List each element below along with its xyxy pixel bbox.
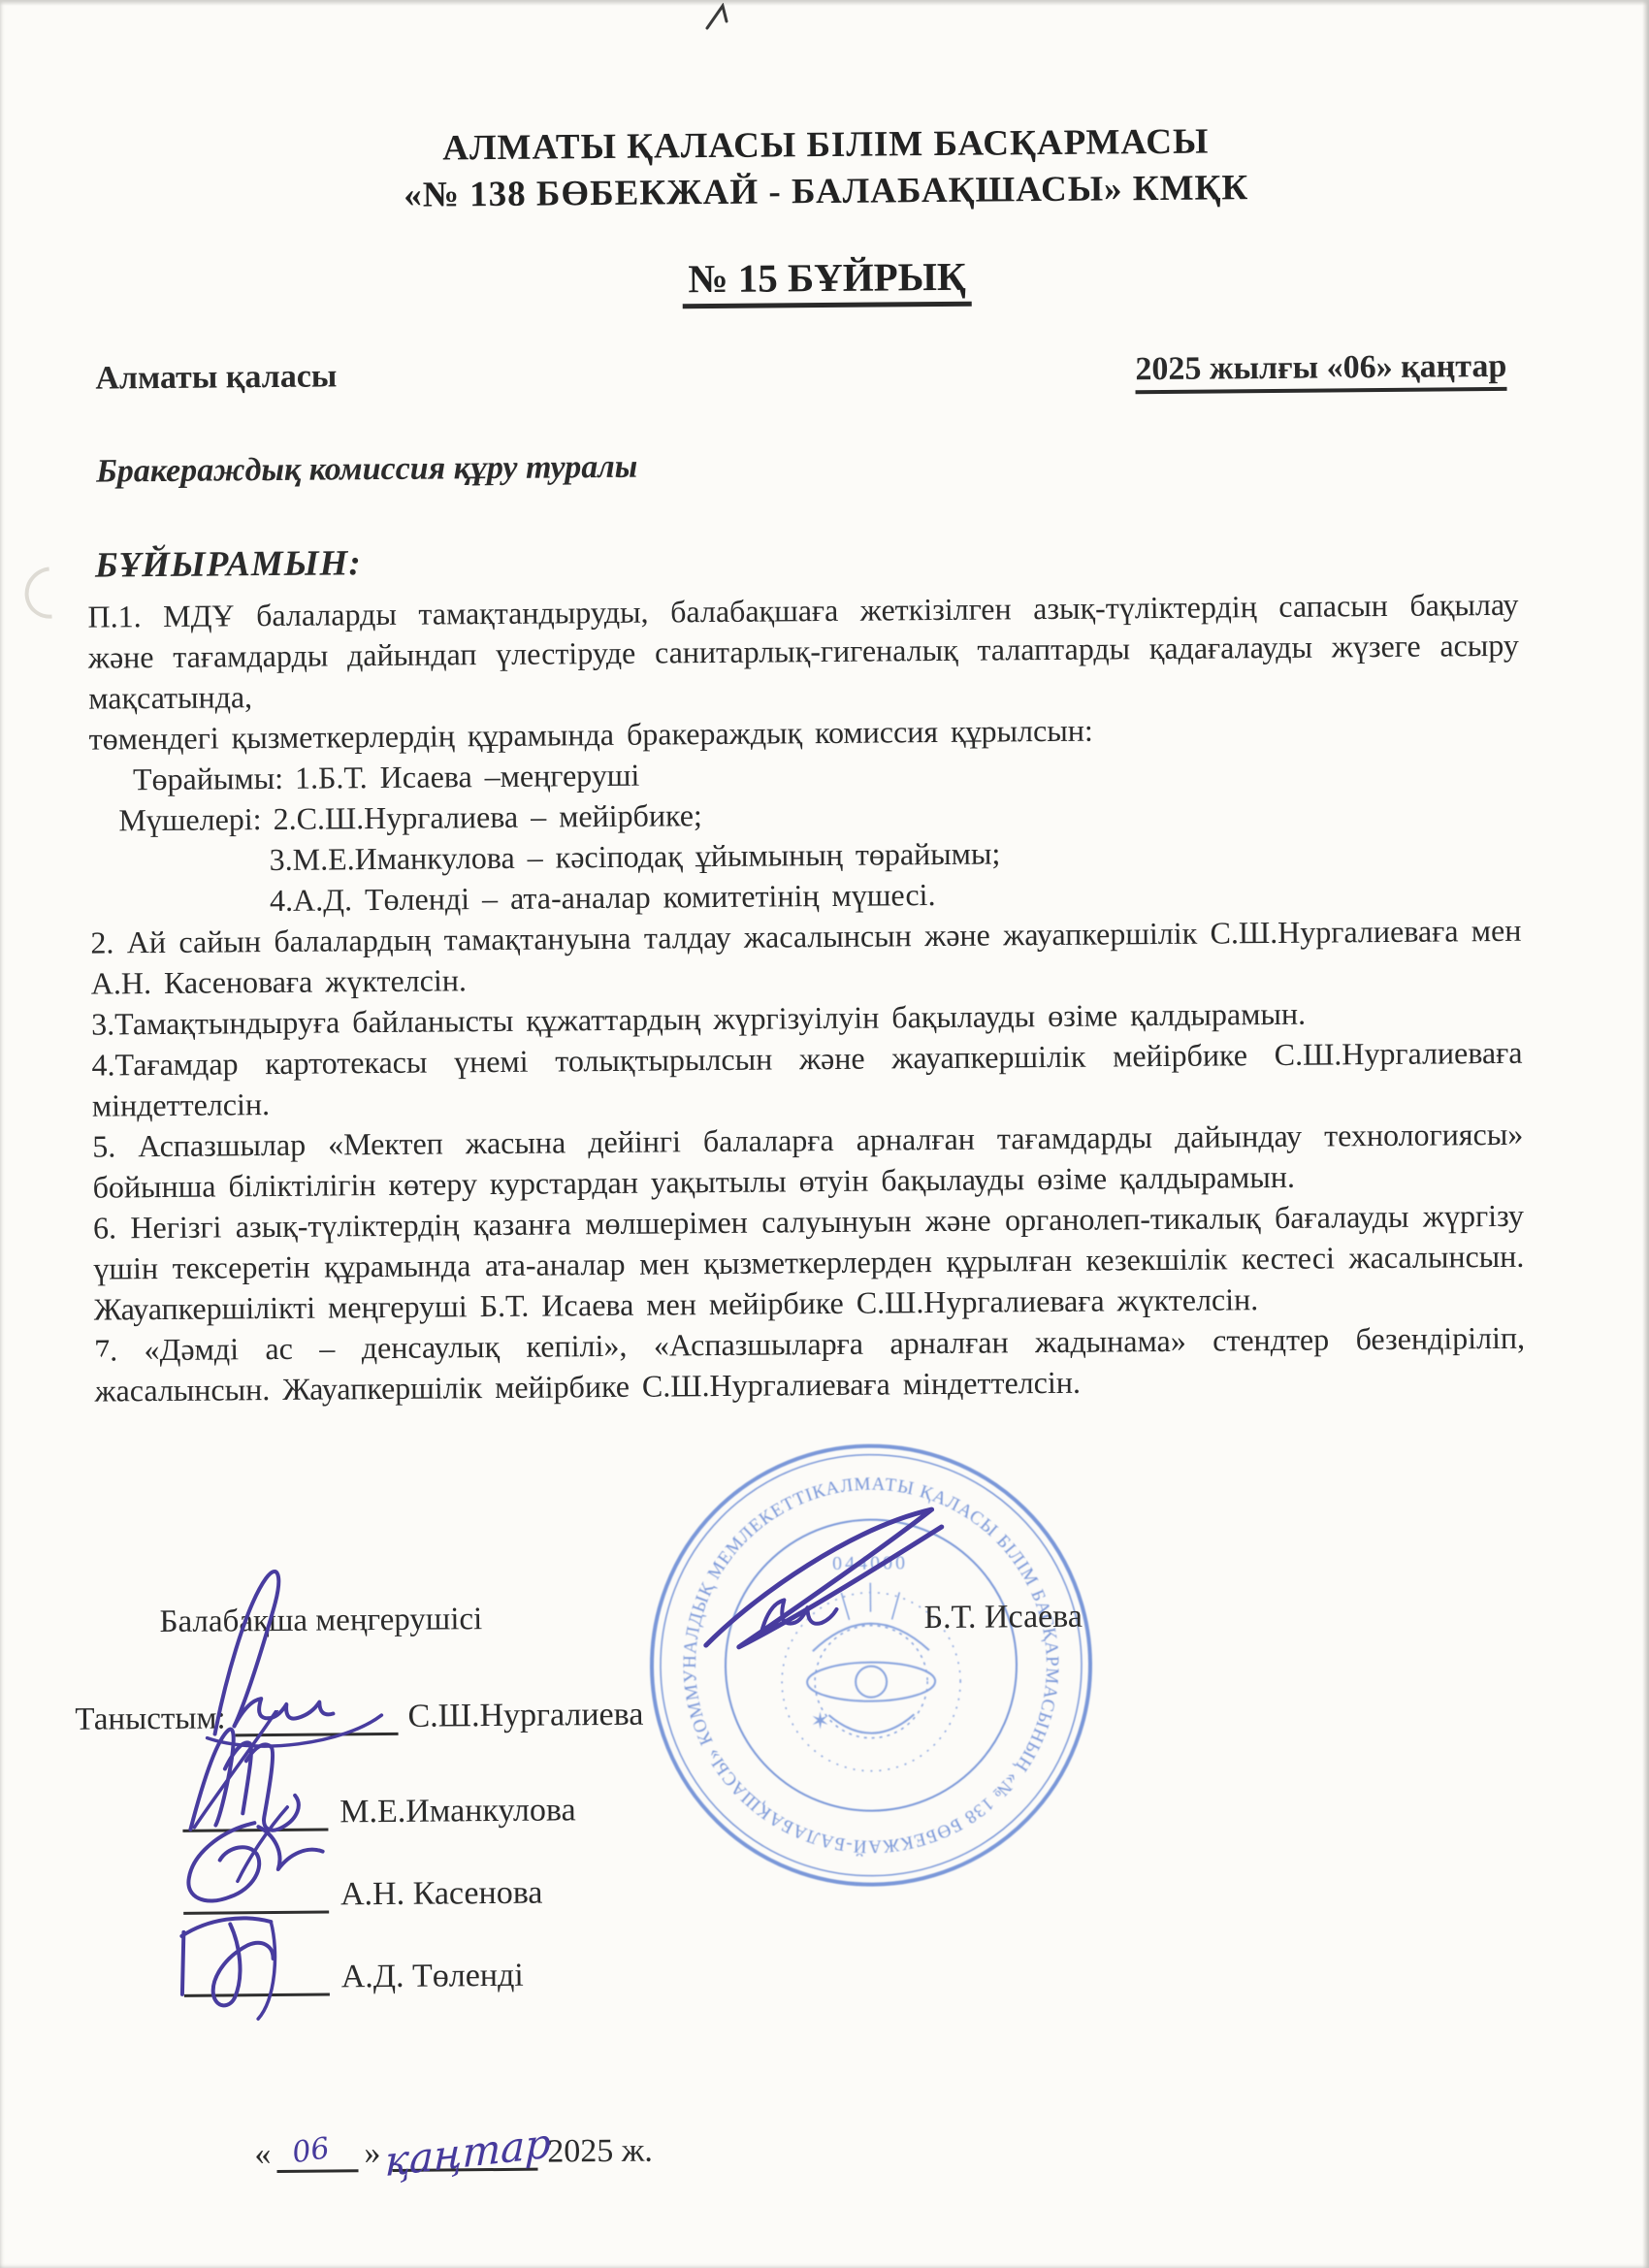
document-header: АЛМАТЫ ҚАЛАСЫ БІЛІМ БАСҚАРМАСЫ «№ 138 БӨ… (0, 0, 1649, 222)
paragraph-1: П.1. МДҰ балаларды тамақтандыруды, балаб… (87, 584, 1519, 719)
order-title: № 15 БҰЙРЫҚ (2, 247, 1649, 315)
footer-year: 2025 ж. (547, 2133, 653, 2171)
signatory-name-kasenova: А.Н. Касенова (340, 1875, 543, 1914)
city-date-row: Алматы қаласы 2025 жылғы «06» қаңтар (3, 347, 1649, 405)
scanned-order-page: АЛМАТЫ ҚАЛАСЫ БІЛІМ БАСҚАРМАСЫ «№ 138 БӨ… (0, 0, 1649, 2268)
stamp-star-icon: ✶ (810, 1709, 829, 1734)
order-title-text: № 15 БҰЙРЫҚ (682, 253, 972, 309)
order-date-text: 2025 жылғы «06» қаңтар (1135, 348, 1506, 394)
tolendi-signature (162, 1890, 357, 2023)
director-name: Б.Т. Исаева (923, 1599, 1083, 1636)
resolve-word: БҰЙЫРАМЫН: (5, 532, 1649, 588)
chair-label: Төрайымы: (133, 761, 283, 796)
footer-quote-open: « (254, 2136, 271, 2173)
members-label: Мүшелері: (118, 801, 262, 837)
order-date: 2025 жылғы «06» қаңтар (1135, 348, 1506, 394)
paragraph-6: 6. Негізгі азық-түліктердің қазанға мөлш… (93, 1195, 1525, 1330)
paragraph-2: 2. Ай сайын балалардың тамақтануына талд… (90, 910, 1522, 1004)
signatory-name-imankulova: М.Е.Иманкулова (339, 1792, 576, 1831)
footer-day-blank: 06 (276, 2128, 358, 2173)
city-label: Алматы қаласы (95, 358, 337, 397)
paragraph-5: 5. Аспазшылар «Мектеп жасына дейінгі бал… (92, 1114, 1524, 1208)
handwritten-month: қаңтар (384, 2119, 551, 2186)
member-2: 2.С.Ш.Нургалиева – мейірбике; (273, 797, 702, 836)
footer-date-row: « 06 » қаңтар 2025 ж. (254, 2126, 653, 2174)
footer-quote-close: » (364, 2135, 380, 2172)
handwritten-day: 06 (290, 2131, 332, 2170)
document-content: АЛМАТЫ ҚАЛАСЫ БІЛІМ БАСҚАРМАСЫ «№ 138 БӨ… (0, 0, 1649, 2268)
paragraph-4: 4.Тағамдар картотекасы үнемі толықтырылс… (91, 1032, 1523, 1126)
order-subject: Бракераждық комиссия құру туралы (4, 440, 1649, 492)
signatory-name-nurgalieva: С.Ш.Нургалиева (407, 1697, 643, 1735)
signatory-name-tolendi: А.Д. Төленді (341, 1958, 524, 1996)
chair-value: 1.Б.Т. Исаева –меңгеруші (295, 758, 640, 795)
order-body: П.1. МДҰ балаларды тамақтандыруды, балаб… (5, 583, 1649, 1412)
director-signature (687, 1498, 959, 1665)
scan-white-blob (30, 1400, 86, 1447)
paragraph-7: 7. «Дәмді ас – денсаулық кепілі», «Аспаз… (94, 1317, 1526, 1411)
footer-month-blank: қаңтар (392, 2127, 537, 2172)
